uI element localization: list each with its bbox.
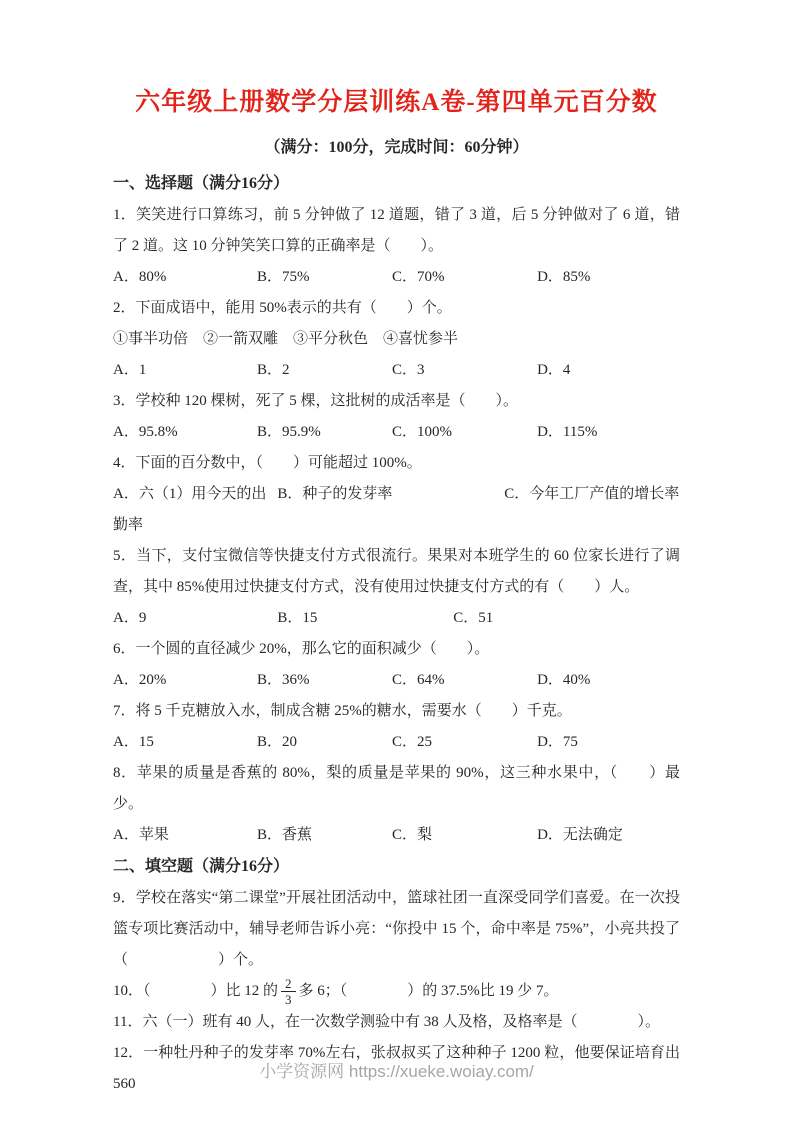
question-8-option-c: C．梨 xyxy=(392,820,537,851)
question-2-option-d: D．4 xyxy=(537,355,680,386)
question-3-options: A．95.8% B．95.9% C．100% D．115% xyxy=(113,417,680,448)
page-subtitle: （满分：100分，完成时间：60分钟） xyxy=(113,136,680,160)
question-6-option-b: B．36% xyxy=(257,665,392,696)
question-4-text: 4．下面的百分数中，（ ）可能超过 100%。 xyxy=(113,448,680,479)
question-11-text: 11．六（一）班有 40 人，在一次数学测验中有 38 人及格，及格率是（ ）。 xyxy=(113,1007,680,1038)
question-6-option-c: C．64% xyxy=(392,665,537,696)
fraction-denominator: 3 xyxy=(281,992,296,1007)
question-8-options: A．苹果 B．香蕉 C．梨 D．无法确定 xyxy=(113,820,680,851)
question-3-option-a: A．95.8% xyxy=(113,417,257,448)
question-4-option-c: C．今年工厂产值的增长率 xyxy=(504,479,680,541)
question-3-option-b: B．95.9% xyxy=(257,417,392,448)
section-fill-heading: 二、填空题（满分16分） xyxy=(113,851,680,883)
question-4-option-b: B．种子的发芽率 xyxy=(277,479,504,541)
question-5-option-c: C．51 xyxy=(453,603,680,634)
question-7-option-a: A．15 xyxy=(113,727,257,758)
question-10-text: 10．（ ）比 12 的23多 6；（ ）的 37.5%比 19 少 7。 xyxy=(113,976,680,1007)
question-1-option-c: C．70% xyxy=(392,262,537,293)
question-2-option-b: B．2 xyxy=(257,355,392,386)
question-2-text: 2．下面成语中，能用 50%表示的共有（ ）个。 xyxy=(113,293,680,324)
exam-paper-page: 六年级上册数学分层训练A卷-第四单元百分数 （满分：100分，完成时间：60分钟… xyxy=(0,0,793,1122)
question-7-option-b: B．20 xyxy=(257,727,392,758)
page-title: 六年级上册数学分层训练A卷-第四单元百分数 xyxy=(113,84,680,122)
question-3-option-d: D．115% xyxy=(537,417,680,448)
question-8-text: 8．苹果的质量是香蕉的 80%，梨的质量是苹果的 90%，这三种水果中，（ ）最… xyxy=(113,758,680,820)
question-10-pre: 10．（ ）比 12 的 xyxy=(113,983,278,999)
question-7-option-c: C．25 xyxy=(392,727,537,758)
question-2-options: A．1 B．2 C．3 D．4 xyxy=(113,355,680,386)
section-choice-heading: 一、选择题（满分16分） xyxy=(113,168,680,200)
question-5-option-b: B．15 xyxy=(277,603,453,634)
question-7-options: A．15 B．20 C．25 D．75 xyxy=(113,727,680,758)
fraction-two-thirds: 23 xyxy=(281,976,296,1007)
question-6-options: A．20% B．36% C．64% D．40% xyxy=(113,665,680,696)
question-6-text: 6．一个圆的直径减少 20%，那么它的面积减少（ ）。 xyxy=(113,634,680,665)
question-3-option-c: C．100% xyxy=(392,417,537,448)
question-5-options: A．9 B．15 C．51 xyxy=(113,603,680,634)
question-5-text: 5．当下，支付宝微信等快捷支付方式很流行。果果对本班学生的 60 位家长进行了调… xyxy=(113,541,680,603)
question-7-text: 7．将 5 千克糖放入水，制成含糖 25%的糖水，需要水（ ）千克。 xyxy=(113,696,680,727)
question-1-option-a: A．80% xyxy=(113,262,257,293)
question-2-idioms: ①事半功倍 ②一箭双雕 ③平分秋色 ④喜忧参半 xyxy=(113,324,680,355)
question-7-option-d: D．75 xyxy=(537,727,680,758)
site-watermark: 小学资源网 https://xueke.woiay.com/ xyxy=(0,1060,793,1084)
question-4-options: A．六（1）用今天的出勤率 B．种子的发芽率 C．今年工厂产值的增长率 xyxy=(113,479,680,541)
question-2-option-a: A．1 xyxy=(113,355,257,386)
question-1-option-b: B．75% xyxy=(257,262,392,293)
question-2-option-c: C．3 xyxy=(392,355,537,386)
question-1-text: 1．笑笑进行口算练习，前 5 分钟做了 12 道题，错了 3 道，后 5 分钟做… xyxy=(113,200,680,262)
question-3-text: 3．学校种 120 棵树，死了 5 棵，这批树的成活率是（ ）。 xyxy=(113,386,680,417)
question-6-option-d: D．40% xyxy=(537,665,680,696)
question-6-option-a: A．20% xyxy=(113,665,257,696)
question-9-text: 9．学校在落实“第二课堂”开展社团活动中，篮球社团一直深受同学们喜爱。在一次投篮… xyxy=(113,883,680,976)
question-8-option-a: A．苹果 xyxy=(113,820,257,851)
question-4-option-a: A．六（1）用今天的出勤率 xyxy=(113,479,277,541)
question-10-post: 多 6；（ ）的 37.5%比 19 少 7。 xyxy=(299,983,559,999)
question-5-option-a: A．9 xyxy=(113,603,277,634)
fraction-numerator: 2 xyxy=(281,976,296,992)
exam-content: 六年级上册数学分层训练A卷-第四单元百分数 （满分：100分，完成时间：60分钟… xyxy=(0,0,793,1100)
question-8-option-b: B．香蕉 xyxy=(257,820,392,851)
question-8-option-d: D．无法确定 xyxy=(537,820,680,851)
question-1-options: A．80% B．75% C．70% D．85% xyxy=(113,262,680,293)
question-1-option-d: D．85% xyxy=(537,262,680,293)
